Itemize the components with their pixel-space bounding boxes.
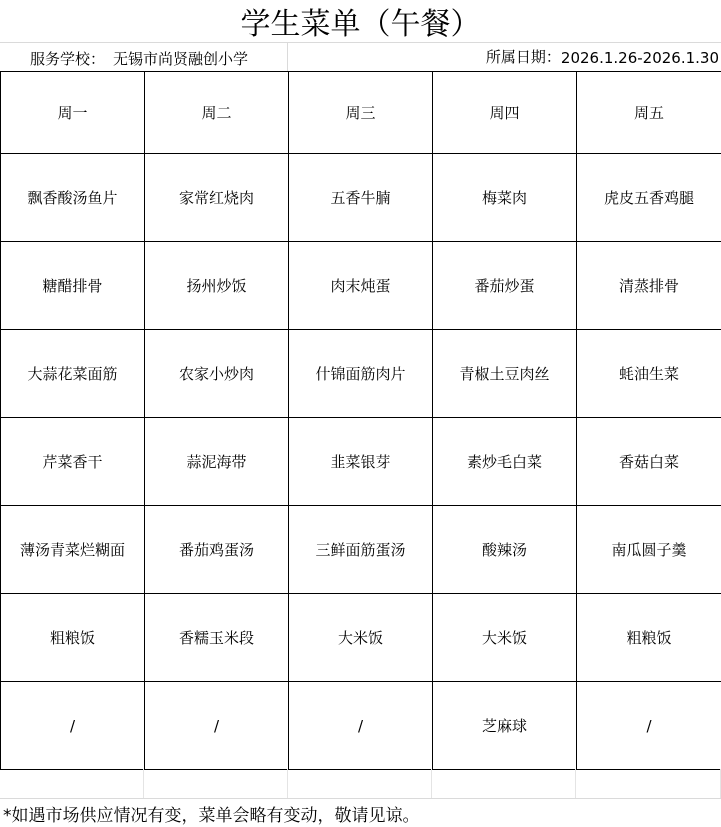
menu-cell: 香菇白菜: [577, 418, 721, 506]
menu-cell: 香糯玉米段: [145, 594, 289, 682]
menu-cell: 番茄炒蛋: [433, 242, 577, 330]
empty-cell: [576, 769, 721, 798]
menu-table: 周一 周二 周三 周四 周五 飘香酸汤鱼片 家常红烧肉 五香牛腩 梅菜肉 虎皮五…: [0, 71, 721, 770]
menu-cell: 芹菜香干: [1, 418, 145, 506]
menu-cell: 农家小炒肉: [145, 330, 289, 418]
school-label: 服务学校：: [30, 48, 105, 69]
table-row: 粗粮饭 香糯玉米段 大米饭 大米饭 粗粮饭: [1, 594, 721, 682]
school-name: 无锡市尚贤融创小学: [113, 48, 248, 69]
menu-cell: 酸辣汤: [433, 506, 577, 594]
menu-cell: 虎皮五香鸡腿: [577, 154, 721, 242]
table-row: 飘香酸汤鱼片 家常红烧肉 五香牛腩 梅菜肉 虎皮五香鸡腿: [1, 154, 721, 242]
menu-cell: 韭菜银芽: [289, 418, 433, 506]
date-range: 2026.1.26-2026.1.30: [561, 49, 719, 67]
menu-cell: 蒜泥海带: [145, 418, 289, 506]
menu-cell: 大蒜花菜面筋: [1, 330, 145, 418]
menu-cell: 家常红烧肉: [145, 154, 289, 242]
menu-cell: 芝麻球: [433, 682, 577, 770]
day-header-fri: 周五: [577, 72, 721, 154]
menu-cell: 肉末炖蛋: [289, 242, 433, 330]
day-header-tue: 周二: [145, 72, 289, 154]
empty-cell: [144, 769, 288, 798]
menu-cell: 三鲜面筋蛋汤: [289, 506, 433, 594]
page-title: 学生菜单（午餐）: [0, 0, 721, 43]
info-row: 服务学校： 无锡市尚贤融创小学 所属日期： 2026.1.26-2026.1.3…: [0, 43, 721, 71]
school-info: 服务学校： 无锡市尚贤融创小学: [0, 43, 288, 71]
menu-cell: 番茄鸡蛋汤: [145, 506, 289, 594]
empty-cell: [0, 769, 144, 798]
menu-cell: /: [577, 682, 721, 770]
menu-cell: 梅菜肉: [433, 154, 577, 242]
table-row: 薄汤青菜烂糊面 番茄鸡蛋汤 三鲜面筋蛋汤 酸辣汤 南瓜圆子羹: [1, 506, 721, 594]
menu-cell: 清蒸排骨: [577, 242, 721, 330]
menu-cell: 素炒毛白菜: [433, 418, 577, 506]
empty-spacer-row: [0, 769, 721, 799]
menu-cell: 南瓜圆子羹: [577, 506, 721, 594]
menu-cell: 大米饭: [433, 594, 577, 682]
menu-cell: /: [289, 682, 433, 770]
day-header-row: 周一 周二 周三 周四 周五: [1, 72, 721, 154]
day-header-thu: 周四: [433, 72, 577, 154]
menu-cell: 薄汤青菜烂糊面: [1, 506, 145, 594]
menu-cell: 蚝油生菜: [577, 330, 721, 418]
menu-cell: 扬州炒饭: [145, 242, 289, 330]
footer-note: *如遇市场供应情况有变，菜单会略有变动，敬请见谅。: [0, 799, 721, 827]
date-label: 所属日期：: [486, 46, 561, 67]
table-row: 芹菜香干 蒜泥海带 韭菜银芽 素炒毛白菜 香菇白菜: [1, 418, 721, 506]
menu-cell: /: [145, 682, 289, 770]
menu-cell: 五香牛腩: [289, 154, 433, 242]
empty-cell: [288, 769, 432, 798]
table-row: 糖醋排骨 扬州炒饭 肉末炖蛋 番茄炒蛋 清蒸排骨: [1, 242, 721, 330]
day-header-wed: 周三: [289, 72, 433, 154]
menu-cell: 粗粮饭: [577, 594, 721, 682]
menu-cell: 青椒土豆肉丝: [433, 330, 577, 418]
table-row: / / / 芝麻球 /: [1, 682, 721, 770]
menu-cell: 粗粮饭: [1, 594, 145, 682]
menu-cell: 糖醋排骨: [1, 242, 145, 330]
table-row: 大蒜花菜面筋 农家小炒肉 什锦面筋肉片 青椒土豆肉丝 蚝油生菜: [1, 330, 721, 418]
menu-cell: 飘香酸汤鱼片: [1, 154, 145, 242]
menu-cell: 什锦面筋肉片: [289, 330, 433, 418]
menu-cell: 大米饭: [289, 594, 433, 682]
day-header-mon: 周一: [1, 72, 145, 154]
date-info: 所属日期： 2026.1.26-2026.1.30: [288, 43, 721, 71]
menu-cell: /: [1, 682, 145, 770]
empty-cell: [432, 769, 576, 798]
